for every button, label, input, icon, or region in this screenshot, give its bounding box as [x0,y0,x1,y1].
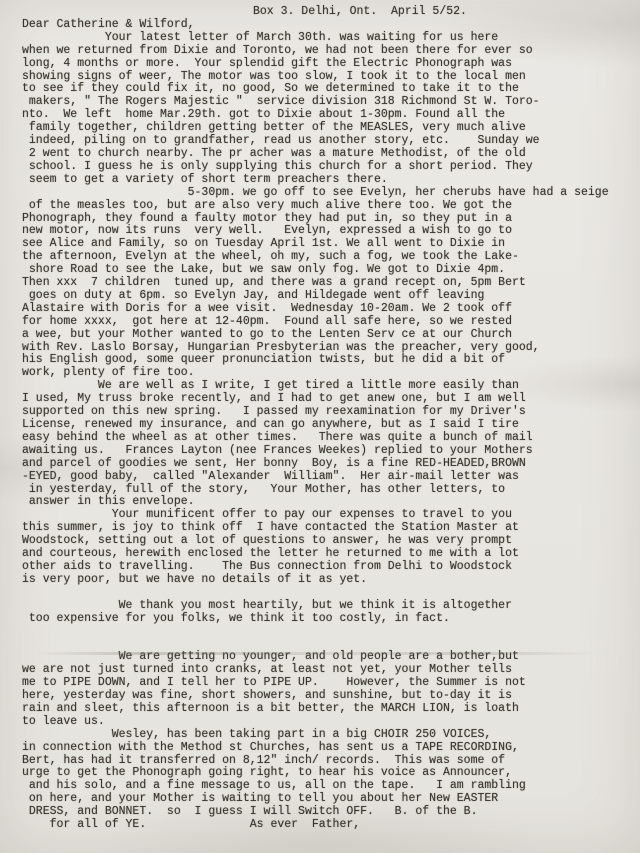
letter-line: easy behind the wheel as at other times.… [22,432,640,445]
letter-line: Wesley, has been taking part in a big CH… [22,729,640,742]
letter-line: License, renewed my insurance, and can g… [22,419,640,432]
letter-line: Alastaire with Doris for a wee visit. We… [22,303,640,316]
letter-line: for home xxxx, got here at 12-40pm. Foun… [22,316,640,329]
letter-line: too expensive for you folks, we think it… [22,613,640,626]
letter-line: and parcel of goodies we sent, Her bonny… [22,458,640,471]
letter-line: other aids to travelling. The Bus connec… [22,561,640,574]
letter-line: goes on duty at 6pm. so Evelyn Jay, and … [22,290,640,303]
letter-line: seem to get a variety of short term prea… [22,174,640,187]
salutation: Dear Catherine & Wilford, [22,19,640,32]
letter-line [22,626,640,639]
letter-line: rain and sleet, this afternoon is a bit … [22,703,640,716]
letter-line: here, yesterday was fine, short showers,… [22,690,640,703]
letter-line: Your latest letter of March 30th. was wa… [22,32,640,45]
letter-line: long, 4 months or more. Your splendid gi… [22,58,640,71]
letter-line: when we returned from Dixie and Toronto,… [22,45,640,58]
letter-line: in connection with the Method st Churche… [22,742,640,755]
letter-line: We thank you most heartily, but we think… [22,600,640,613]
letter-body: Your latest letter of March 30th. was wa… [22,32,640,832]
letter-line: for all of YE. As ever Father, [22,819,640,832]
letter-line: of the measles too, but are also very mu… [22,200,640,213]
letter-line: Then xxx 7 children tuned up, and there … [22,277,640,290]
letter-line: 5-30pm. we go off to see Evelyn, her che… [22,187,640,200]
letter-line: a wee, but your Mother wanted to go to t… [22,329,640,342]
letter-page: Box 3. Delhi, Ont. April 5/52. Dear Cath… [0,0,640,853]
letter-line [22,587,640,600]
letter-line: to leave us. [22,716,640,729]
dateline: Box 3. Delhi, Ont. April 5/52. [22,6,640,19]
letter-line: awaiting us. Frances Layton (nee Frances… [22,445,640,458]
letter-line: -EYED, good baby, called "Alexander Will… [22,471,640,484]
letter-line: is very poor, but we have no details of … [22,574,640,587]
letter-line: 2 went to church nearby. The pr acher wa… [22,148,640,161]
scan-smudge [36,652,596,655]
letter-line: school. I guess he is only supplying thi… [22,161,640,174]
